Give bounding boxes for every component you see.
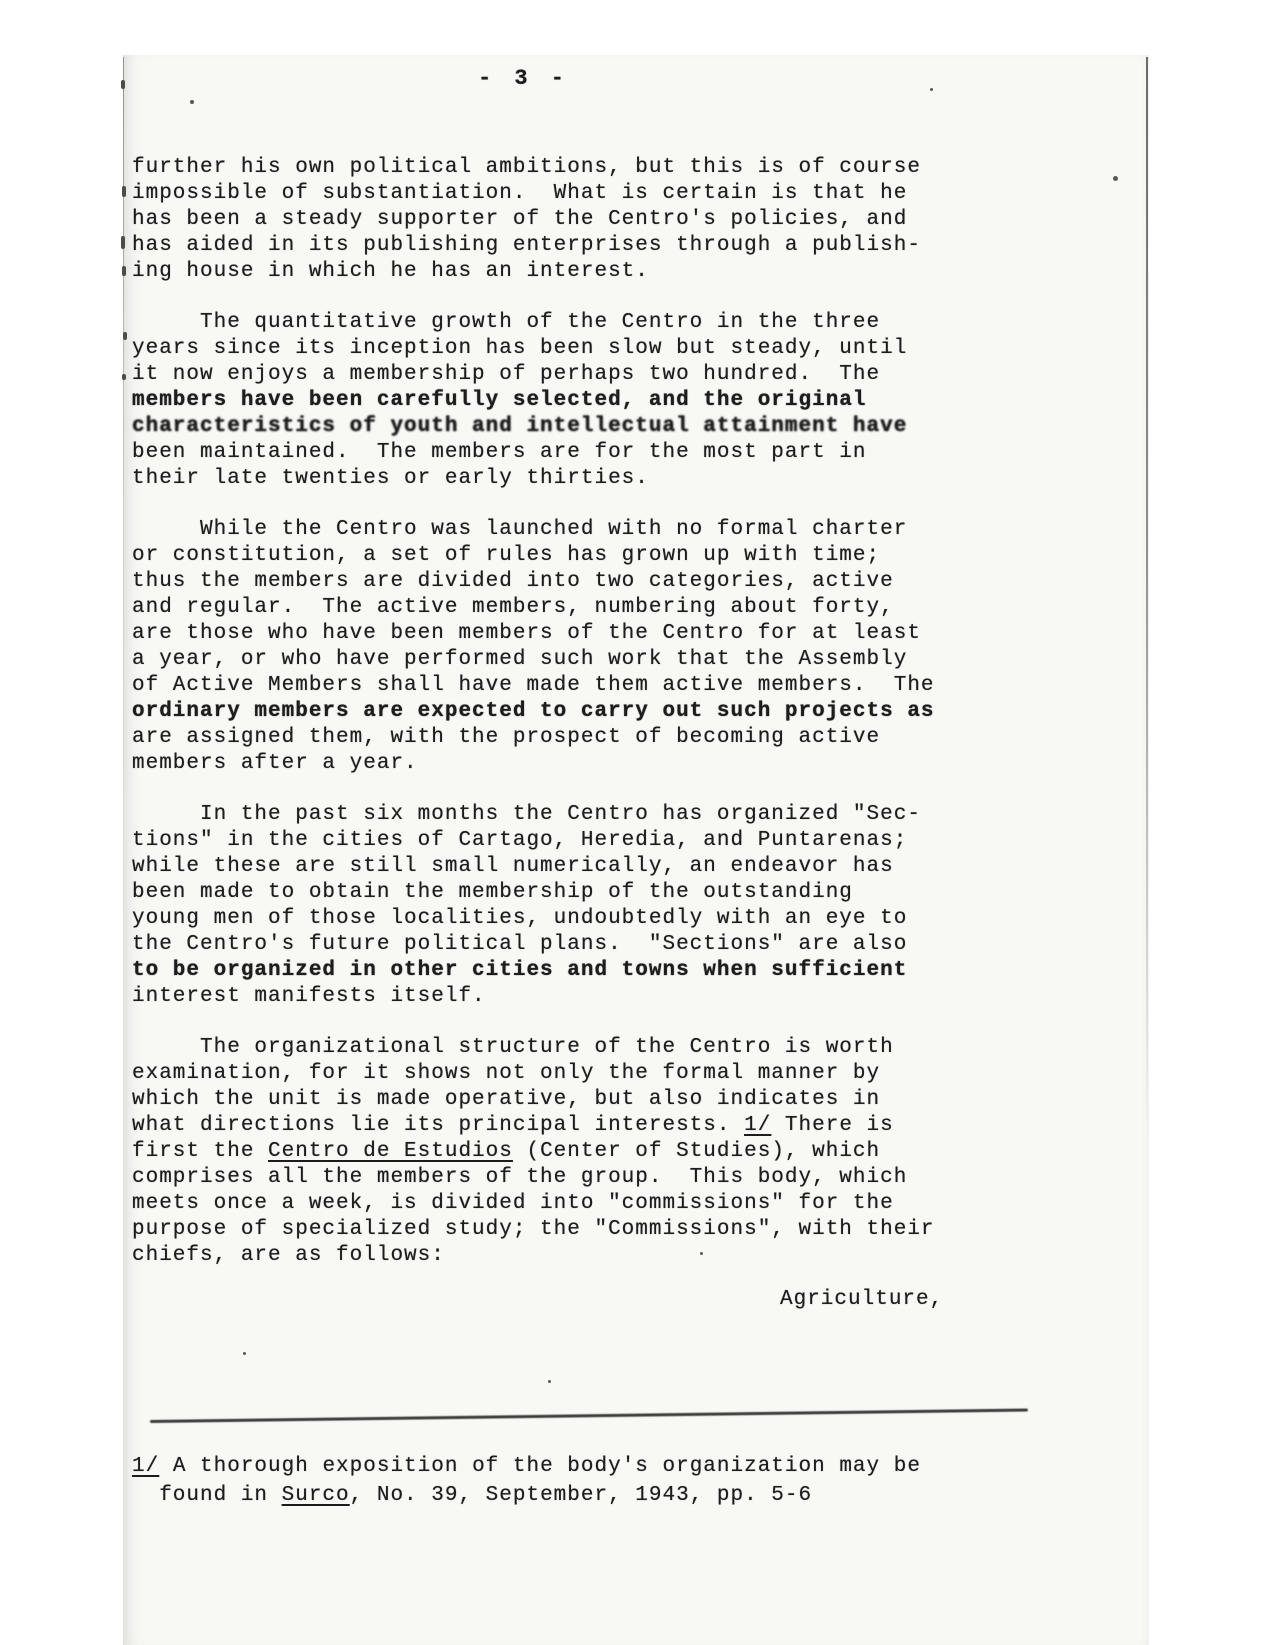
text-line: ordinary members are expected to carry o… bbox=[132, 699, 1032, 725]
text-segment: ordinary members are expected to carry o… bbox=[132, 700, 935, 723]
scan-speck bbox=[243, 1352, 246, 1355]
paragraph: The organizational structure of the Cent… bbox=[132, 1035, 1032, 1269]
text-segment: been made to obtain the membership of th… bbox=[132, 881, 853, 904]
text-segment: further his own political ambitions, but… bbox=[132, 156, 921, 179]
text-segment: or constitution, a set of rules has grow… bbox=[132, 544, 880, 567]
footnote-text: 1/ A thorough exposition of the body's o… bbox=[132, 1452, 921, 1510]
text-segment: years since its inception has been slow … bbox=[132, 337, 907, 360]
text-line: has been a steady supporter of the Centr… bbox=[132, 207, 1032, 233]
text-segment: their late twenties or early thirties. bbox=[132, 467, 649, 490]
text-line: interest manifests itself. bbox=[132, 984, 1032, 1010]
text-line: thus the members are divided into two ca… bbox=[132, 569, 1032, 595]
text-segment: meets once a week, is divided into "comm… bbox=[132, 1192, 894, 1215]
text-line: impossible of substantiation. What is ce… bbox=[132, 181, 1032, 207]
text-segment: found in bbox=[132, 1484, 282, 1507]
paragraph: The quantitative growth of the Centro in… bbox=[132, 310, 1032, 492]
text-line: and regular. The active members, numberi… bbox=[132, 595, 1032, 621]
text-line: tions" in the cities of Cartago, Heredia… bbox=[132, 828, 1032, 854]
commission-list-item: Agriculture, bbox=[780, 1288, 943, 1311]
text-segment: been maintained. The members are for the… bbox=[132, 441, 867, 464]
text-line: further his own political ambitions, but… bbox=[132, 155, 1032, 181]
paragraph: further his own political ambitions, but… bbox=[132, 155, 1032, 285]
text-line: their late twenties or early thirties. bbox=[132, 466, 1032, 492]
text-line: are assigned them, with the prospect of … bbox=[132, 725, 1032, 751]
text-segment: it now enjoys a membership of perhaps tw… bbox=[132, 363, 880, 386]
text-line: it now enjoys a membership of perhaps tw… bbox=[132, 362, 1032, 388]
text-segment: A thorough exposition of the body's orga… bbox=[159, 1455, 921, 1478]
scan-speck bbox=[1113, 176, 1118, 181]
footnote-line: found in Surco, No. 39, September, 1943,… bbox=[132, 1481, 921, 1510]
scan-speck bbox=[930, 88, 933, 91]
text-segment: examination, for it shows not only the f… bbox=[132, 1062, 880, 1085]
text-segment: , No. 39, September, 1943, pp. 5-6 bbox=[350, 1484, 812, 1507]
text-segment: impossible of substantiation. What is ce… bbox=[132, 182, 907, 205]
text-segment: (Center of Studies), which bbox=[513, 1140, 880, 1163]
scan-speck bbox=[548, 1380, 551, 1383]
document-body: further his own political ambitions, but… bbox=[132, 155, 1032, 1294]
text-segment: comprises all the members of the group. … bbox=[132, 1166, 907, 1189]
text-segment: a year, or who have performed such work … bbox=[132, 648, 907, 671]
text-line: while these are still small numerically,… bbox=[132, 854, 1032, 880]
scan-artifact bbox=[121, 80, 125, 89]
text-line: While the Centro was launched with no fo… bbox=[132, 517, 1032, 543]
scan-artifact bbox=[122, 186, 126, 197]
scan-artifact bbox=[122, 266, 126, 276]
text-line: to be organized in other cities and town… bbox=[132, 958, 1032, 984]
text-line: members have been carefully selected, an… bbox=[132, 388, 1032, 414]
text-segment: purpose of specialized study; the "Commi… bbox=[132, 1218, 935, 1241]
text-line: meets once a week, is divided into "comm… bbox=[132, 1191, 1032, 1217]
text-segment: has been a steady supporter of the Centr… bbox=[132, 208, 907, 231]
text-segment: of Active Members shall have made them a… bbox=[132, 674, 935, 697]
text-line: a year, or who have performed such work … bbox=[132, 647, 1032, 673]
text-line: which the unit is made operative, but al… bbox=[132, 1087, 1032, 1113]
text-segment: The quantitative growth of the Centro in… bbox=[132, 311, 880, 334]
underlined-text: 1/ bbox=[744, 1114, 771, 1137]
text-line: members after a year. bbox=[132, 751, 1032, 777]
scan-artifact bbox=[123, 332, 127, 340]
text-segment: ing house in which he has an interest. bbox=[132, 260, 649, 283]
scan-speck bbox=[190, 100, 194, 104]
text-segment: which the unit is made operative, but al… bbox=[132, 1088, 880, 1111]
text-line: The organizational structure of the Cent… bbox=[132, 1035, 1032, 1061]
text-segment: tions" in the cities of Cartago, Heredia… bbox=[132, 829, 907, 852]
text-segment: first the bbox=[132, 1140, 268, 1163]
text-line: characteristics of youth and intellectua… bbox=[132, 414, 1032, 440]
text-line: are those who have been members of the C… bbox=[132, 621, 1032, 647]
text-line: chiefs, are as follows: bbox=[132, 1243, 1032, 1269]
text-line: has aided in its publishing enterprises … bbox=[132, 233, 1032, 259]
text-line: young men of those localities, undoubted… bbox=[132, 906, 1032, 932]
underlined-text: Surco bbox=[282, 1484, 350, 1507]
text-line: years since its inception has been slow … bbox=[132, 336, 1032, 362]
text-segment: has aided in its publishing enterprises … bbox=[132, 234, 921, 257]
text-line: the Centro's future political plans. "Se… bbox=[132, 932, 1032, 958]
text-line: what directions lie its principal intere… bbox=[132, 1113, 1032, 1139]
page-number: - 3 - bbox=[478, 66, 569, 91]
scan-artifact bbox=[122, 374, 126, 380]
text-segment: what directions lie its principal intere… bbox=[132, 1114, 744, 1137]
paragraph: While the Centro was launched with no fo… bbox=[132, 517, 1032, 777]
text-line: or constitution, a set of rules has grow… bbox=[132, 543, 1032, 569]
text-line: In the past six months the Centro has or… bbox=[132, 802, 1032, 828]
text-segment: the Centro's future political plans. "Se… bbox=[132, 933, 907, 956]
text-line: comprises all the members of the group. … bbox=[132, 1165, 1032, 1191]
text-segment: to be organized in other cities and town… bbox=[132, 959, 907, 982]
text-line: been maintained. The members are for the… bbox=[132, 440, 1032, 466]
text-line: been made to obtain the membership of th… bbox=[132, 880, 1032, 906]
scan-edge-right bbox=[1146, 57, 1148, 1137]
text-segment: are those who have been members of the C… bbox=[132, 622, 921, 645]
text-segment: There is bbox=[771, 1114, 893, 1137]
text-line: ing house in which he has an interest. bbox=[132, 259, 1032, 285]
text-segment: thus the members are divided into two ca… bbox=[132, 570, 894, 593]
text-segment: members have been carefully selected, an… bbox=[132, 389, 867, 412]
text-segment: interest manifests itself. bbox=[132, 985, 486, 1008]
text-segment: members after a year. bbox=[132, 752, 418, 775]
text-segment: chiefs, are as follows: bbox=[132, 1244, 445, 1267]
text-line: purpose of specialized study; the "Commi… bbox=[132, 1217, 1032, 1243]
text-segment: characteristics of youth and intellectua… bbox=[132, 415, 907, 438]
text-line: first the Centro de Estudios (Center of … bbox=[132, 1139, 1032, 1165]
text-segment: While the Centro was launched with no fo… bbox=[132, 518, 907, 541]
text-line: The quantitative growth of the Centro in… bbox=[132, 310, 1032, 336]
text-segment: while these are still small numerically,… bbox=[132, 855, 894, 878]
text-segment: The organizational structure of the Cent… bbox=[132, 1036, 894, 1059]
underlined-text: Centro de Estudios bbox=[268, 1140, 513, 1163]
footnote-line: 1/ A thorough exposition of the body's o… bbox=[132, 1452, 921, 1481]
text-segment: young men of those localities, undoubted… bbox=[132, 907, 907, 930]
underlined-text: 1/ bbox=[132, 1455, 159, 1478]
text-segment: are assigned them, with the prospect of … bbox=[132, 726, 880, 749]
scan-artifact bbox=[121, 236, 125, 249]
text-line: of Active Members shall have made them a… bbox=[132, 673, 1032, 699]
paragraph: In the past six months the Centro has or… bbox=[132, 802, 1032, 1010]
text-line: examination, for it shows not only the f… bbox=[132, 1061, 1032, 1087]
text-segment: In the past six months the Centro has or… bbox=[132, 803, 921, 826]
text-segment: and regular. The active members, numberi… bbox=[132, 596, 894, 619]
